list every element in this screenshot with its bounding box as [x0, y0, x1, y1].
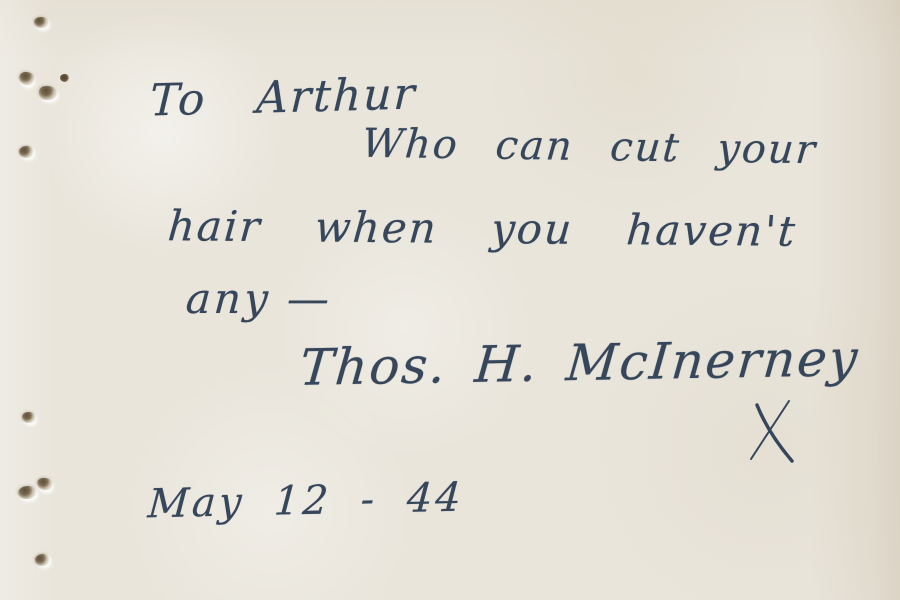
- paper-hole: [18, 70, 36, 86]
- paper-hole: [18, 145, 34, 159]
- paper-hole: [36, 477, 53, 491]
- album-page: To Arthur Who can cut your hair when you…: [0, 0, 900, 600]
- x-mark: [742, 398, 804, 464]
- inscription-line-4: any —: [184, 274, 334, 323]
- paper-hole: [39, 86, 57, 100]
- paper-hole: [22, 412, 35, 423]
- inscription-line-2: Who can cut your: [360, 121, 819, 173]
- signature: Thos. H. McInerney: [298, 329, 862, 397]
- inscription-salutation: To Arthur: [149, 68, 418, 126]
- paper-hole: [18, 486, 36, 499]
- paper-hole: [34, 553, 50, 568]
- paper-speck: [60, 74, 69, 82]
- inscription-line-3: hair when you haven't: [166, 201, 799, 255]
- date: May 12 - 44: [147, 475, 466, 528]
- paper-hole: [34, 17, 48, 28]
